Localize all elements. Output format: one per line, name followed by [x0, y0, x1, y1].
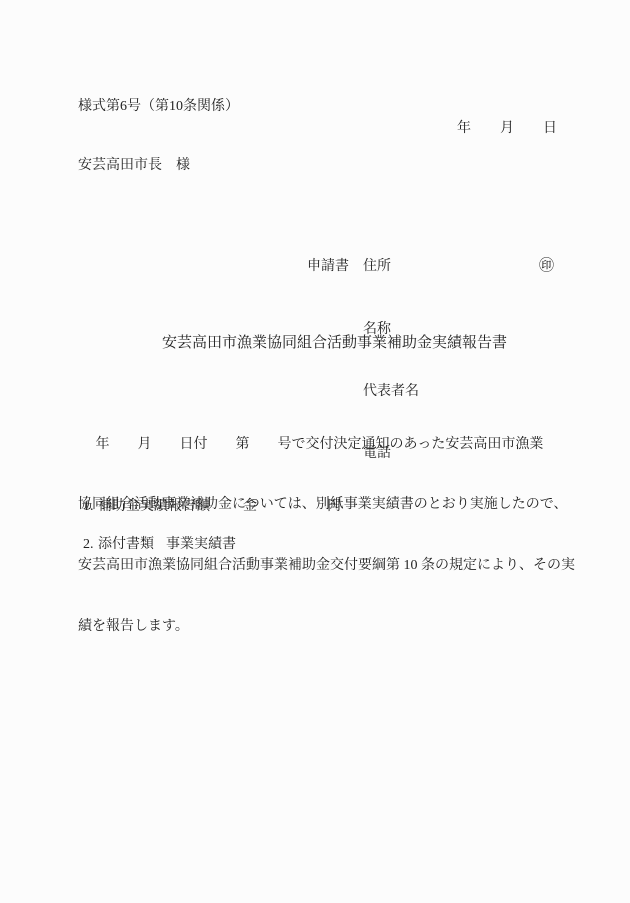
addressee: 安芸高田市長 様	[78, 154, 190, 174]
paragraph-line: 安芸高田市漁業協同組合活動事業補助金交付要綱第 10 条の規定により、その実	[78, 556, 575, 576]
document-page: 様式第6号（第10条関係） 年月日 安芸高田市長 様 申請書住所 名称 代表者名…	[0, 0, 630, 903]
currency-prefix: 金	[243, 499, 257, 514]
item-report-amount: 1.補助金実績報告額金円	[83, 495, 341, 515]
item-number: 1.	[83, 499, 98, 515]
date-day-label: 日	[543, 121, 557, 136]
attachments-label: 添付書類	[98, 537, 154, 552]
applicant-label: 申請書	[307, 257, 363, 278]
form-number: 様式第6号（第10条関係）	[78, 95, 239, 115]
document-title: 安芸高田市漁業協同組合活動事業補助金実績報告書	[162, 331, 507, 352]
date-year-label: 年	[457, 121, 471, 136]
paragraph-line: 績を報告します。	[78, 617, 575, 637]
report-amount-label: 補助金実績報告額	[98, 499, 210, 514]
applicant-field-address: 住所	[363, 259, 391, 274]
date-month-label: 月	[500, 121, 514, 136]
item-number: 2.	[83, 537, 98, 553]
item-attachments: 2.添付書類事業実績書	[83, 533, 236, 553]
attachments-value: 事業実績書	[166, 537, 236, 552]
paragraph-line: 年 月 日付 第 号で交付決定通知のあった安芸高田市漁業	[78, 435, 575, 455]
applicant-row-address: 申請書住所	[307, 257, 419, 278]
seal-mark-icon: ㊞	[539, 254, 554, 275]
date-line: 年月日	[457, 117, 557, 137]
currency-suffix: 円	[327, 499, 341, 514]
